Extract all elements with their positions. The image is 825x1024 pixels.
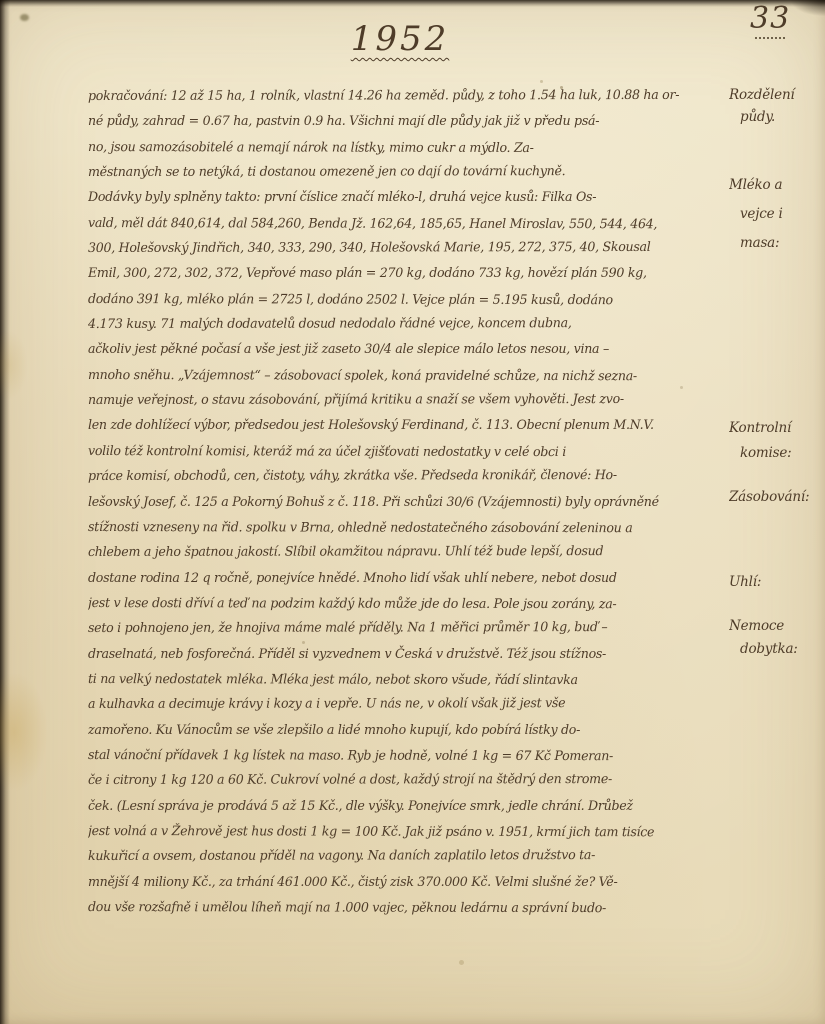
manuscript-line: len zde dohlížecí výbor, předsedou jest … xyxy=(88,413,717,438)
manuscript-line: chlebem a jeho špatnou jakostí. Slíbil o… xyxy=(88,539,717,565)
manuscript-line: kukuřicí a ovsem, dostanou příděl na vag… xyxy=(88,843,717,869)
margin-note-line: Uhlí: xyxy=(729,570,823,595)
page-corner-shadow xyxy=(791,0,825,16)
margin-note-line: půdy. xyxy=(729,106,823,128)
manuscript-line: ti na velký nedostatek mléka. Mléka jest… xyxy=(88,667,717,694)
margin-note-line: dobytka: xyxy=(729,638,823,661)
manuscript-line: jest volná a v Žehrově jest hus dosti 1 … xyxy=(88,819,717,846)
manuscript-line: 4.173 kusy. 71 malých dodavatelů dosud n… xyxy=(88,311,717,337)
manuscript-line: ček. (Lesní správa je prodává 5 až 15 Kč… xyxy=(88,794,717,819)
margin-note-line: masa: xyxy=(729,229,823,258)
margin-note: Zásobování: xyxy=(729,485,823,510)
manuscript-line: práce komisí, obchodů, cen, čistoty, váh… xyxy=(88,463,717,489)
manuscript-line: no, jsou samozásobitelé a nemají nárok n… xyxy=(88,135,717,162)
margin-note: Uhlí: xyxy=(729,570,823,595)
margin-note-line: Nemoce xyxy=(729,615,823,638)
margin-note: Mléko avejce imasa: xyxy=(729,171,823,258)
page-top-shadow xyxy=(0,0,825,7)
manuscript-line: 300, Holešovský Jindřich, 340, 333, 290,… xyxy=(88,235,717,261)
manuscript-line: městnaných se to netýká, ti dostanou ome… xyxy=(88,159,717,185)
manuscript-line: volilo též kontrolní komisi, kteráž má z… xyxy=(88,439,717,466)
page-left-shadow xyxy=(0,0,10,1024)
manuscript-line: seto i pohnojeno jen, že hnojiva máme ma… xyxy=(88,615,717,641)
manuscript-line: stal vánoční přídavek 1 kg lístek na mas… xyxy=(88,743,717,770)
manuscript-line: mnoho sněhu. „Vzájemnost“ – zásobovací s… xyxy=(88,363,717,390)
manuscript-line: né půdy, zahrad = 0.67 ha, pastvin 0.9 h… xyxy=(88,109,717,134)
manuscript-line: pokračování: 12 až 15 ha, 1 rolník, vlas… xyxy=(88,83,717,109)
manuscript-line: namuje veřejnost, o stavu zásobování, př… xyxy=(88,387,717,413)
margin-note-line: Rozdělení xyxy=(729,84,823,106)
manuscript-line: Dodávky byly splněny takto: první číslic… xyxy=(88,185,717,210)
margin-note-line: Kontrolní xyxy=(729,416,823,441)
year-title: 1952 xyxy=(300,22,500,56)
manuscript-line: dodáno 391 kg, mléko plán = 2725 l, dodá… xyxy=(88,287,717,314)
manuscript-line: lešovský Josef, č. 125 a Pokorný Bohuš z… xyxy=(88,490,717,515)
margin-note: Rozdělenípůdy. xyxy=(729,84,823,128)
manuscript-line: stížnosti vzneseny na řid. spolku v Brna… xyxy=(88,515,717,542)
manuscript-line: ačkoliv jest pěkné počasí a vše jest již… xyxy=(88,337,717,362)
margin-note: Nemocedobytka: xyxy=(729,615,823,661)
margin-note-line: Zásobování: xyxy=(729,485,823,510)
manuscript-line: dou vše rozšafně i umělou líheň mají na … xyxy=(88,895,717,922)
paper-stain xyxy=(0,672,48,792)
manuscript-body: pokračování: 12 až 15 ha, 1 rolník, vlas… xyxy=(88,84,736,920)
margin-note-line: komise: xyxy=(729,441,823,466)
manuscript-line: jest v lese dosti dříví a teď na podzim … xyxy=(88,591,717,618)
paper-stain xyxy=(0,330,28,400)
manuscript-line: vald, měl dát 840,614, dal 584,260, Bend… xyxy=(88,211,717,238)
margin-note: Kontrolníkomise: xyxy=(729,416,823,466)
manuscript-line: draselnatá, neb fosforečná. Příděl si vy… xyxy=(88,642,717,667)
manuscript-line: Emil, 300, 272, 302, 372, Vepřové maso p… xyxy=(88,261,717,286)
margin-note-line: Mléko a xyxy=(729,171,823,200)
manuscript-line: zamořeno. Ku Vánocům se vše zlepšilo a l… xyxy=(88,718,717,743)
margin-note-line: vejce i xyxy=(729,200,823,229)
page-number-value: 33 xyxy=(750,1,790,36)
page-number-underline-mark xyxy=(755,37,785,39)
scanned-chronicle-page: 1952 33 pokračování: 12 až 15 ha, 1 roln… xyxy=(0,0,825,1024)
manuscript-line: če i citrony 1 kg 120 a 60 Kč. Cukroví v… xyxy=(88,767,717,793)
ink-spot xyxy=(20,14,29,21)
manuscript-line: mnější 4 miliony Kč., za trhání 461.000 … xyxy=(88,870,717,895)
page-number: 33 xyxy=(750,4,790,39)
manuscript-line: a kulhavka a decimuje krávy i kozy a i v… xyxy=(88,691,717,717)
manuscript-line: dostane rodina 12 q ročně, ponejvíce hně… xyxy=(88,566,717,591)
